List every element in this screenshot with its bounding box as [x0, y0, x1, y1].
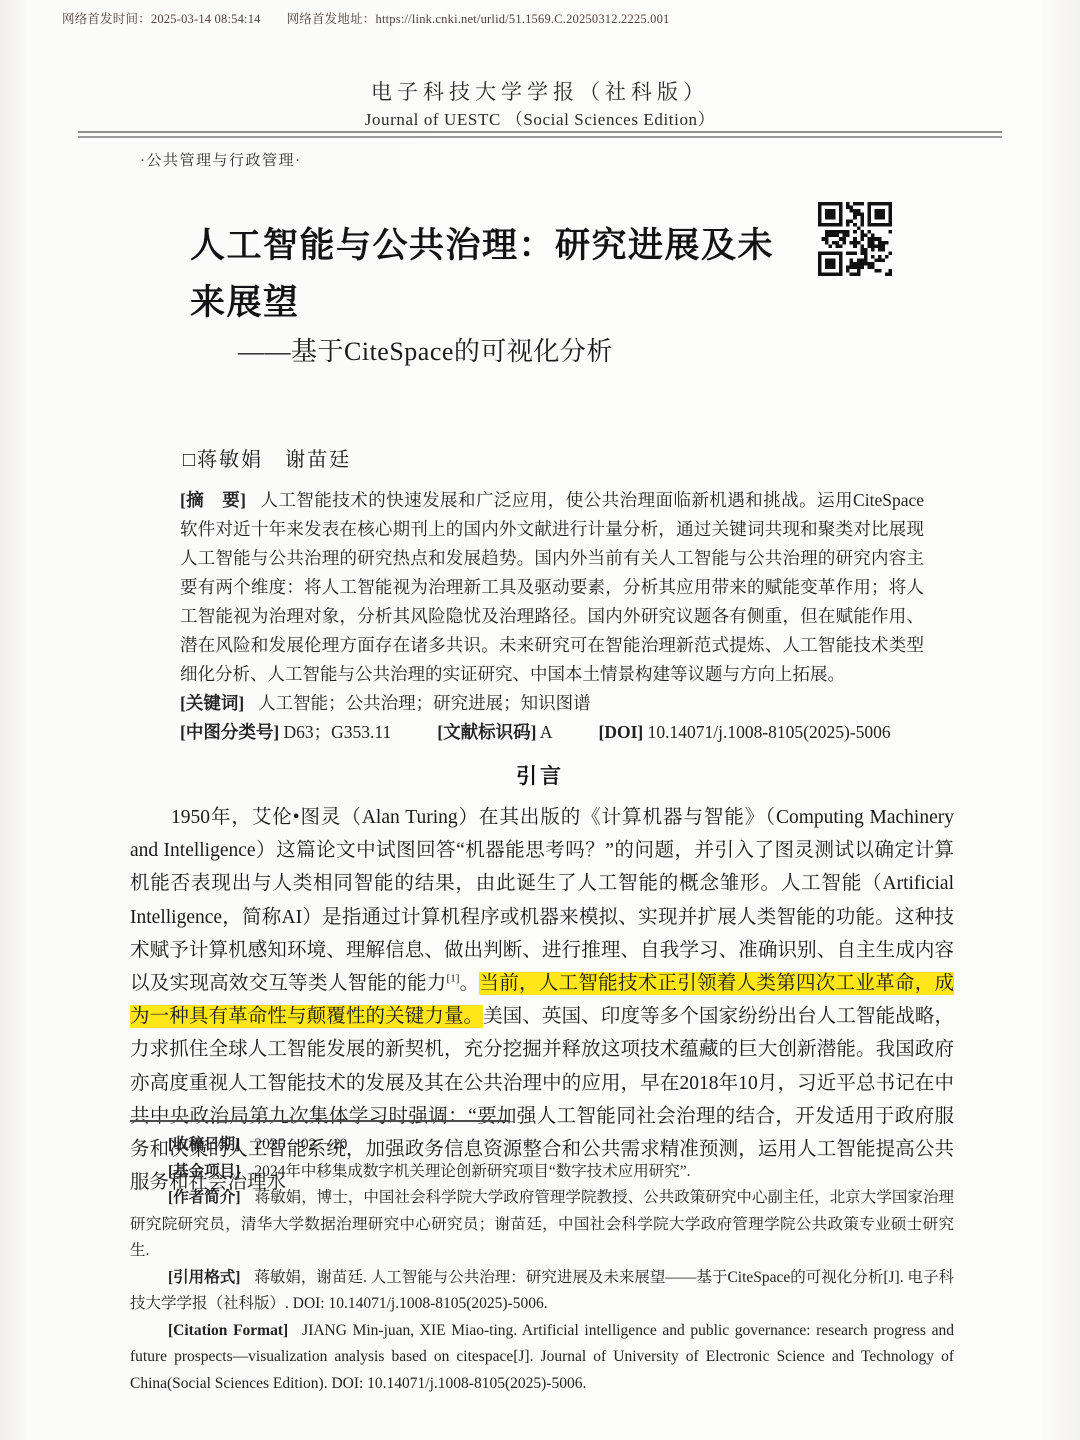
abstract-paragraph: [摘 要]人工智能技术的快速发展和广泛应用，使公共治理面临新机遇和挑战。运用Ci…	[180, 486, 924, 689]
abstract-label: [摘 要]	[180, 490, 246, 510]
doc-code-label: [文献标识码]	[437, 722, 536, 742]
footnote-label: [基金项目]	[168, 1163, 240, 1180]
footnote-label: [收稿日期]	[168, 1136, 240, 1153]
article-title: 人工智能与公共治理：研究进展及未来展望	[190, 217, 790, 331]
keywords-line: [关键词]人工智能；公共治理；研究进展；知识图谱	[180, 689, 924, 718]
footnote-label: [作者简介]	[168, 1189, 241, 1206]
publish-time: 2025-03-14 08:54:14	[151, 12, 261, 26]
footnote-text: 2024年中移集成数字机关理论创新研究项目“数字技术应用研究”.	[254, 1163, 690, 1180]
section-tag: ·公共管理与行政管理·	[140, 149, 302, 170]
footnote-fund-project: [基金项目]2024年中移集成数字机关理论创新研究项目“数字技术应用研究”.	[130, 1159, 954, 1186]
author-square-icon: □	[183, 449, 197, 471]
footnote-text: 2025－02－10	[254, 1136, 347, 1153]
citation-superscript: [1]	[447, 973, 460, 985]
header-double-rule	[78, 131, 1002, 138]
footnotes-block: [收稿日期]2025－02－10 [基金项目]2024年中移集成数字机关理论创新…	[130, 1132, 954, 1397]
footnote-text: 蒋敏娟，博士，中国社会科学院大学政府管理学院教授、公共政策研究中心副主任，北京大…	[130, 1189, 954, 1259]
publish-url: https://link.cnki.net/urlid/51.1569.C.20…	[376, 12, 670, 26]
author-names: 蒋敏娟 谢苗廷	[197, 449, 351, 471]
intro-text-period: 。	[459, 973, 479, 994]
journal-title-en: Journal of UESTC （Social Sciences Editio…	[0, 105, 1080, 130]
authors-line: □蒋敏娟 谢苗廷	[183, 443, 351, 472]
keywords-label: [关键词]	[180, 693, 244, 713]
abstract-text: 人工智能技术的快速发展和广泛应用，使公共治理面临新机遇和挑战。运用CiteSpa…	[180, 490, 924, 684]
footnote-author-bio: [作者简介]蒋敏娟，博士，中国社会科学院大学政府管理学院教授、公共政策研究中心副…	[130, 1185, 954, 1265]
publish-time-label: 网络首发时间：	[62, 12, 151, 26]
footnote-label: [Citation Format]	[168, 1322, 288, 1339]
intro-text-lead: 1950年，艾伦•图灵（Alan Turing）在其出版的《计算机器与智能》（C…	[130, 807, 954, 994]
footnote-received-date: [收稿日期]2025－02－10	[130, 1132, 954, 1159]
journal-title-cn: 电子科技大学学报（社科版）	[0, 76, 1080, 106]
footnote-text: 蒋敏娟，谢苗廷. 人工智能与公共治理：研究进展及未来展望——基于CiteSpac…	[130, 1269, 954, 1313]
introduction-heading: 引言	[0, 760, 1080, 790]
abstract-block: [摘 要]人工智能技术的快速发展和广泛应用，使公共治理面临新机遇和挑战。运用Ci…	[180, 486, 924, 747]
keywords-text: 人工智能；公共治理；研究进展；知识图谱	[258, 693, 591, 713]
footnote-citation-en: [Citation Format]JIANG Min-juan, XIE Mia…	[130, 1318, 954, 1398]
doc-code-value: A	[540, 722, 553, 742]
footnote-citation-cn: [引用格式]蒋敏娟，谢苗廷. 人工智能与公共治理：研究进展及未来展望——基于Ci…	[130, 1265, 954, 1318]
paper-page: 网络首发时间：2025-03-14 08:54:14网络首发地址：https:/…	[0, 0, 1080, 1440]
online-first-meta: 网络首发时间：2025-03-14 08:54:14网络首发地址：https:/…	[62, 9, 670, 27]
qr-code	[818, 202, 892, 276]
classification-line: [中图分类号] D63；G353.11[文献标识码] A[DOI] 10.140…	[180, 718, 924, 747]
clc-value: D63；G353.11	[284, 722, 392, 742]
doi-label: [DOI]	[599, 722, 644, 742]
article-subtitle: ——基于CiteSpace的可视化分析	[238, 331, 613, 368]
publish-url-label: 网络首发地址：	[287, 12, 376, 26]
clc-label: [中图分类号]	[180, 722, 279, 742]
footnote-label: [引用格式]	[168, 1269, 240, 1286]
footnote-separator	[130, 1120, 510, 1122]
doi-value: 10.14071/j.1008-8105(2025)-5006	[648, 722, 891, 742]
